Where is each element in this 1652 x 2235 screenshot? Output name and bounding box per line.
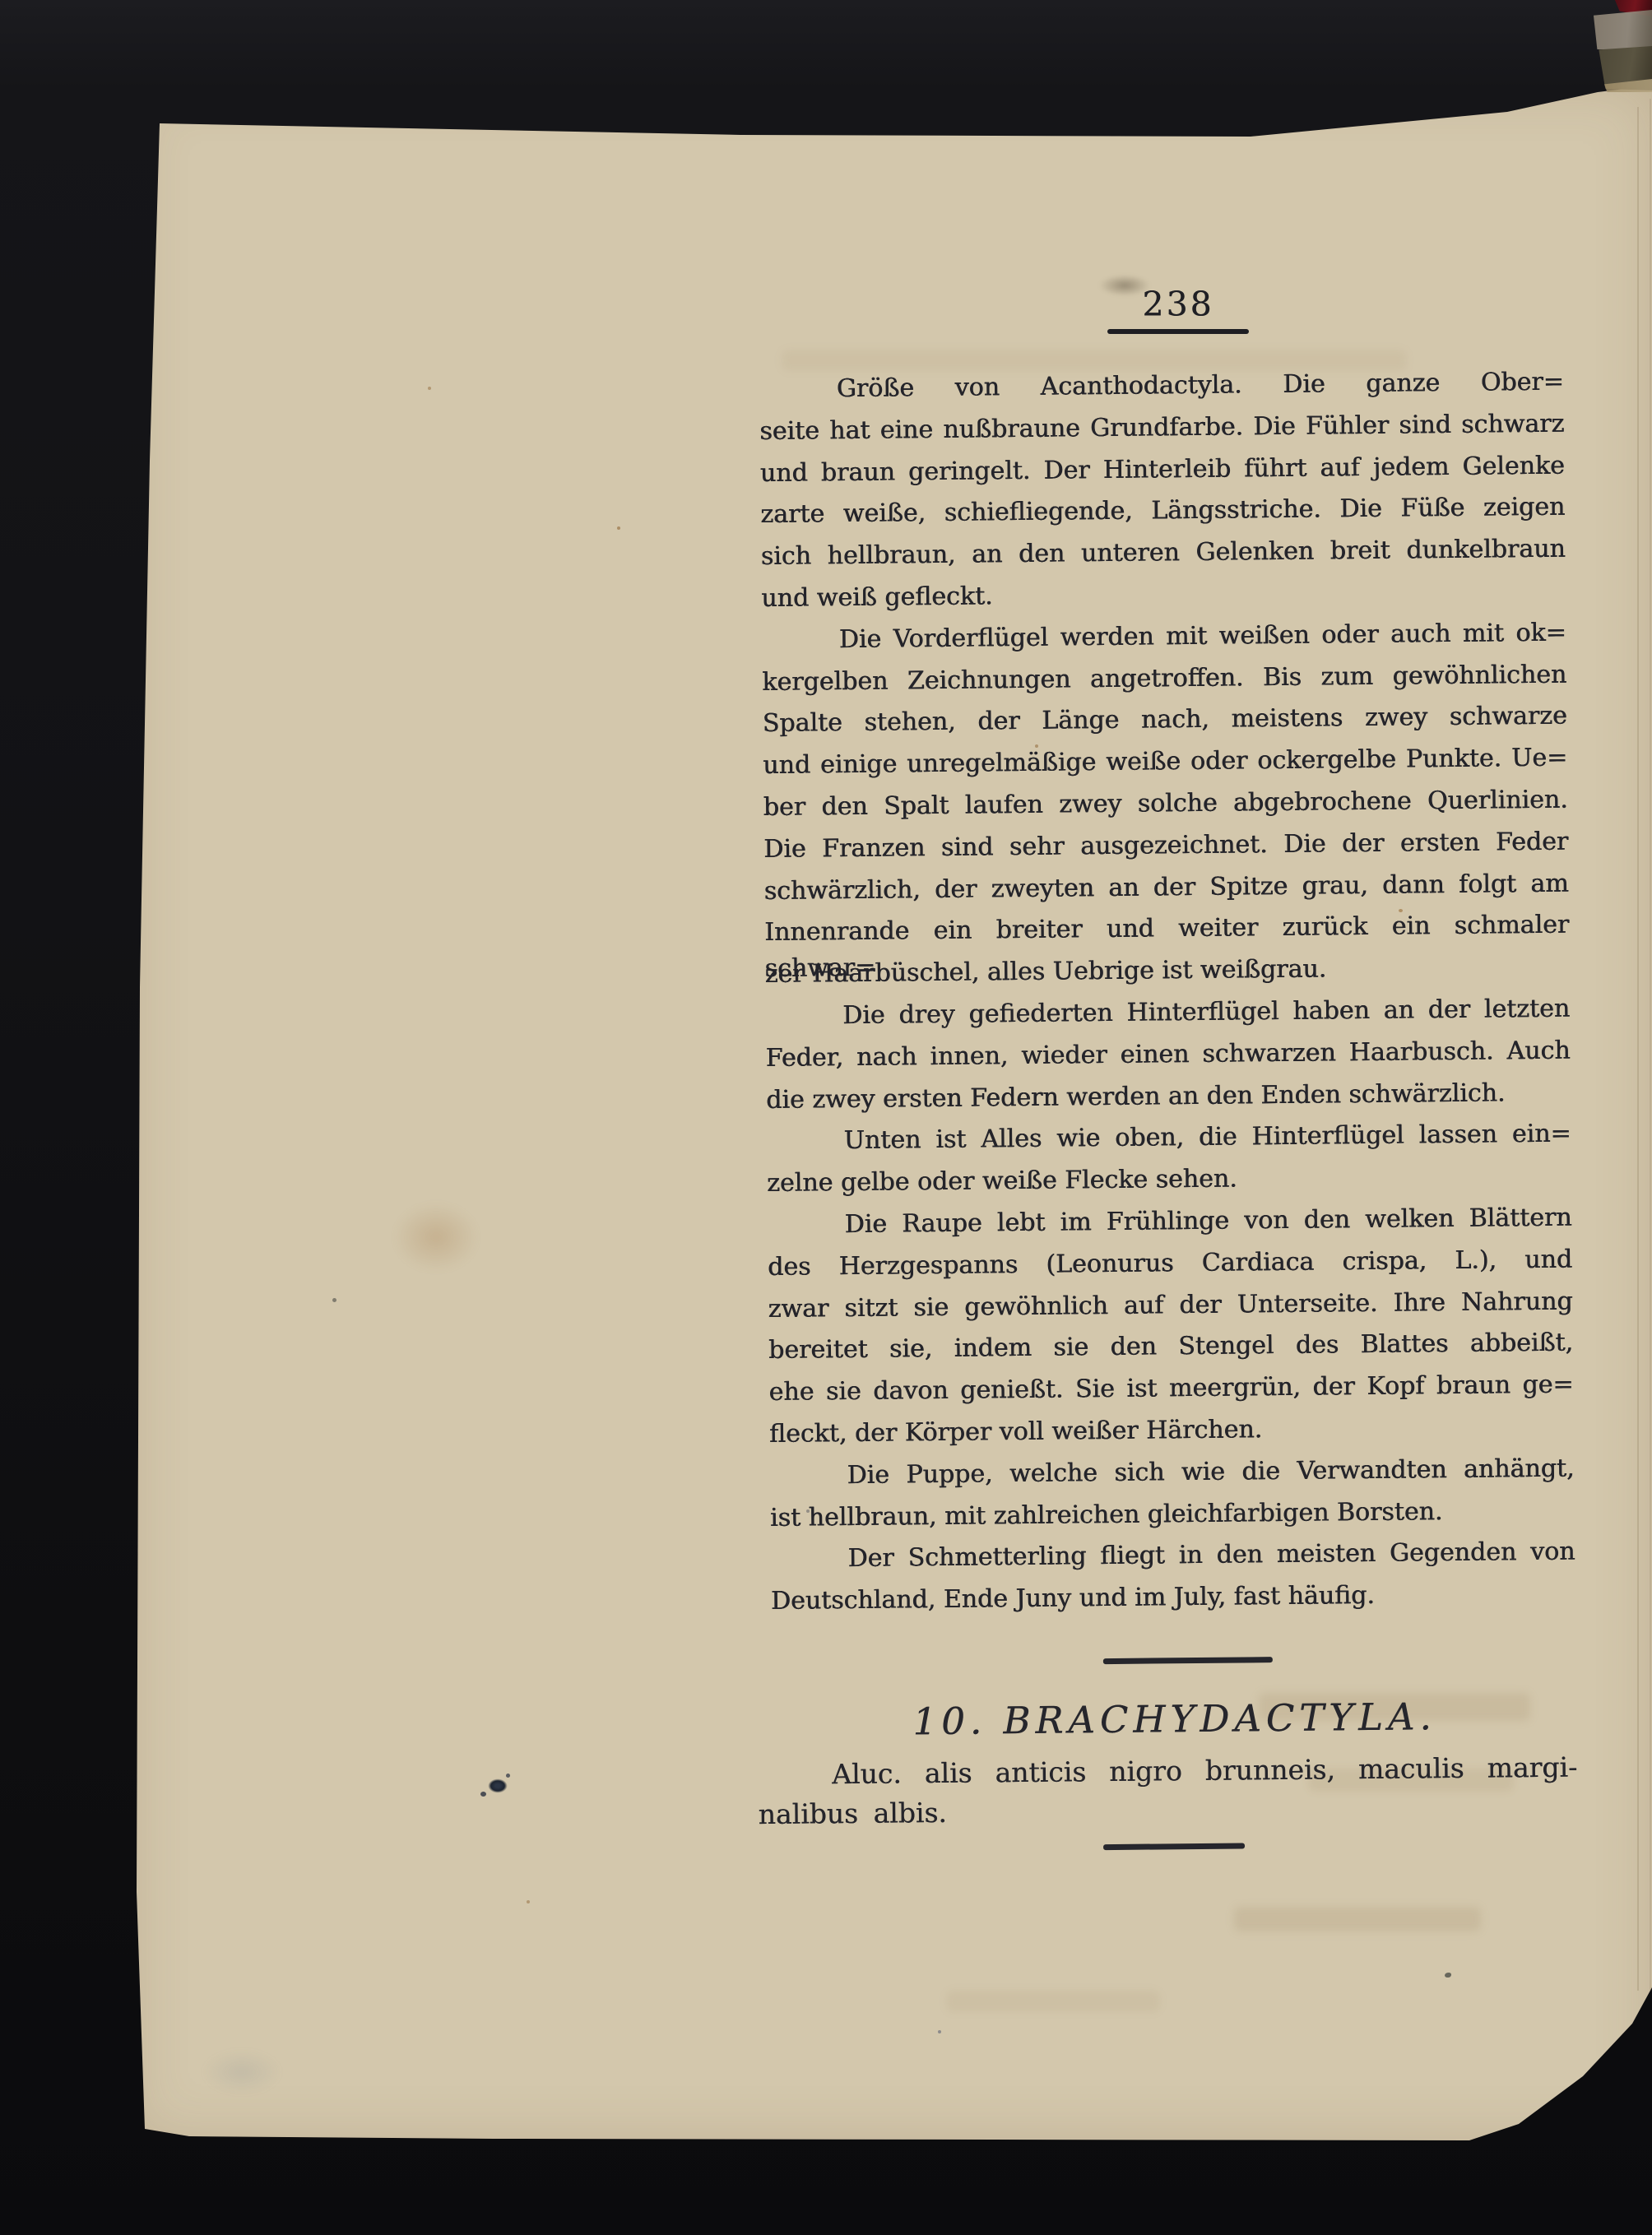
scanned-book-photo: { "page": { "number": "238", "body_lines… [0, 0, 1652, 2235]
text-line-21: Die Raupe lebt im Frühlinge von den welk… [768, 1200, 1572, 1249]
text-line-16: Die drey gefiederten Hinterflügel haben … [765, 991, 1570, 1040]
text-line-9: Spalte stehen, der Länge nach, meistens … [763, 698, 1567, 747]
text-line-4: zarte weiße, schiefliegende, Längsstrich… [760, 489, 1565, 538]
text-line-10: und einige unregelmäßige weiße oder ocke… [763, 740, 1567, 789]
paper-speck [332, 1298, 336, 1302]
text-line-14: Innenrande ein breiter und weiter zurück… [764, 907, 1569, 956]
foxing-stain [393, 1203, 479, 1272]
fore-edge-gray-sliver [1591, 10, 1652, 49]
text-line-20: zelne gelbe oder weiße Flecke sehen. [767, 1158, 1571, 1207]
text-line-17: Feder, nach innen, wieder einen schwarze… [766, 1033, 1571, 1082]
species-heading: 10. BRACHYDACTYLA. [772, 1694, 1576, 1745]
ink-blot-dot [506, 1774, 510, 1778]
text-line-15: zer Haarbüschel, alles Uebrige ist weißg… [765, 949, 1570, 998]
ink-blot-stain [485, 1777, 510, 1795]
section-divider-rule-top [1103, 1657, 1273, 1664]
text-line-7: Die Vorderflügel werden mit weißen oder … [762, 615, 1566, 664]
text-line-19: Unten ist Alles wie oben, die Hinterflüg… [767, 1116, 1571, 1165]
text-line-26: fleckt, der Körper voll weißer Härchen. [769, 1409, 1574, 1458]
faint-stain [202, 2050, 281, 2094]
paper-speck [428, 387, 431, 390]
text-line-29: Der Schmetterling fliegt in den meisten … [770, 1534, 1575, 1583]
text-line-24: bereitet sie, indem sie den Stengel des … [768, 1325, 1573, 1374]
species-diagnosis-line: nalibus albis. [758, 1797, 947, 1830]
text-line-30: Deutschland, Ende Juny und im July, fast… [771, 1576, 1575, 1625]
paper-speck [617, 526, 620, 530]
page-edge-line [1637, 107, 1639, 1991]
species-diagnosis-line: Aluc. alis anticis nigro brunneis, macul… [773, 1751, 1577, 1791]
text-line-2: seite hat eine nußbraune Grundfarbe. Die… [759, 406, 1564, 455]
text-line-27: Die Puppe, welche sich wie die Verwandte… [770, 1451, 1575, 1500]
section-divider-rule-bottom [1103, 1843, 1245, 1850]
paper-speck [527, 1900, 530, 1903]
text-line-22: des Herzgespanns (Leonurus Cardiaca cris… [768, 1242, 1572, 1291]
text-line-12: Die Franzen sind sehr ausgezeichnet. Die… [763, 824, 1568, 873]
text-line-11: ber den Spalt laufen zwey solche abgebro… [763, 782, 1568, 831]
text-line-25: ehe sie davon genießt. Sie ist meergrün,… [769, 1367, 1574, 1416]
ink-blot-dot [480, 1792, 486, 1797]
text-block: Größe von Acanthodactyla. Die ganze Ober… [755, 0, 1581, 2235]
text-line-6: und weiß gefleckt. [761, 573, 1566, 622]
page-edge-line [1650, 99, 1651, 1991]
text-line-5: sich hellbraun, an den unteren Gelenken … [761, 531, 1566, 580]
text-line-1: Größe von Acanthodactyla. Die ganze Ober… [759, 364, 1564, 413]
